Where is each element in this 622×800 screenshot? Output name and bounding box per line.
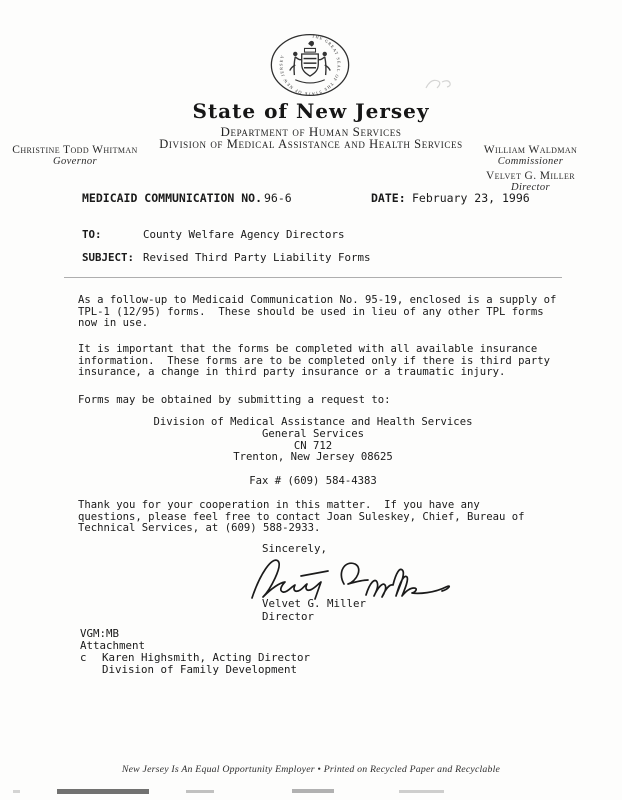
cc-prefix: c [80, 652, 87, 664]
address-block: Division of Medical Assistance and Healt… [78, 417, 548, 464]
cc-organization: Division of Family Development [102, 664, 297, 676]
address-line: General Services [78, 429, 548, 441]
pencil-mark [420, 68, 454, 96]
communication-number-label: MEDICAID COMMUNICATION NO. [82, 191, 262, 205]
body-paragraph-4: Thank you for your cooperation in this m… [78, 500, 583, 535]
scan-artifact [13, 790, 20, 793]
subject-label: SUBJECT: [82, 251, 134, 264]
governor-name: Christine Todd Whitman [0, 144, 150, 156]
governor-title: Governor [0, 156, 150, 167]
address-line: Trenton, New Jersey 08625 [78, 452, 548, 464]
document-page: { "letterhead": { "seal_ring_text": "THE… [0, 0, 622, 800]
signer-title: Director [262, 611, 314, 623]
date-value: February 23, 1996 [412, 191, 530, 205]
signer-name: Velvet G. Miller [262, 598, 366, 610]
governor-block: Christine Todd Whitman Governor [0, 144, 150, 167]
officials-block: William Waldman Commissioner Velvet G. M… [458, 144, 603, 196]
scan-artifact [186, 790, 214, 793]
equal-opportunity-footer: New Jersey Is An Equal Opportunity Emplo… [0, 764, 622, 775]
letterhead-state-title: State of New Jersey [0, 99, 622, 123]
scan-artifact [292, 789, 334, 793]
date-label: DATE: [371, 191, 406, 205]
director-name: Velvet G. Miller [458, 170, 603, 182]
commissioner-name: William Waldman [458, 144, 603, 156]
to-label: TO: [82, 228, 102, 241]
to-value: County Welfare Agency Directors [143, 228, 345, 241]
state-seal-icon: THE GREAT SEAL OF THE STATE OF NEW JERSE… [264, 28, 356, 102]
body-paragraph-3: Forms may be obtained by submitting a re… [78, 395, 583, 407]
body-paragraph-1: As a follow-up to Medicaid Communication… [78, 295, 583, 330]
fax-line: Fax # (609) 584-4383 [78, 475, 548, 487]
scan-artifact [57, 789, 149, 794]
header-divider [64, 277, 562, 278]
body-paragraph-2: It is important that the forms be comple… [78, 344, 583, 379]
subject-value: Revised Third Party Liability Forms [143, 251, 371, 264]
communication-number-value: 96-6 [264, 191, 292, 205]
scan-artifact [399, 790, 444, 793]
commissioner-title: Commissioner [458, 156, 603, 167]
